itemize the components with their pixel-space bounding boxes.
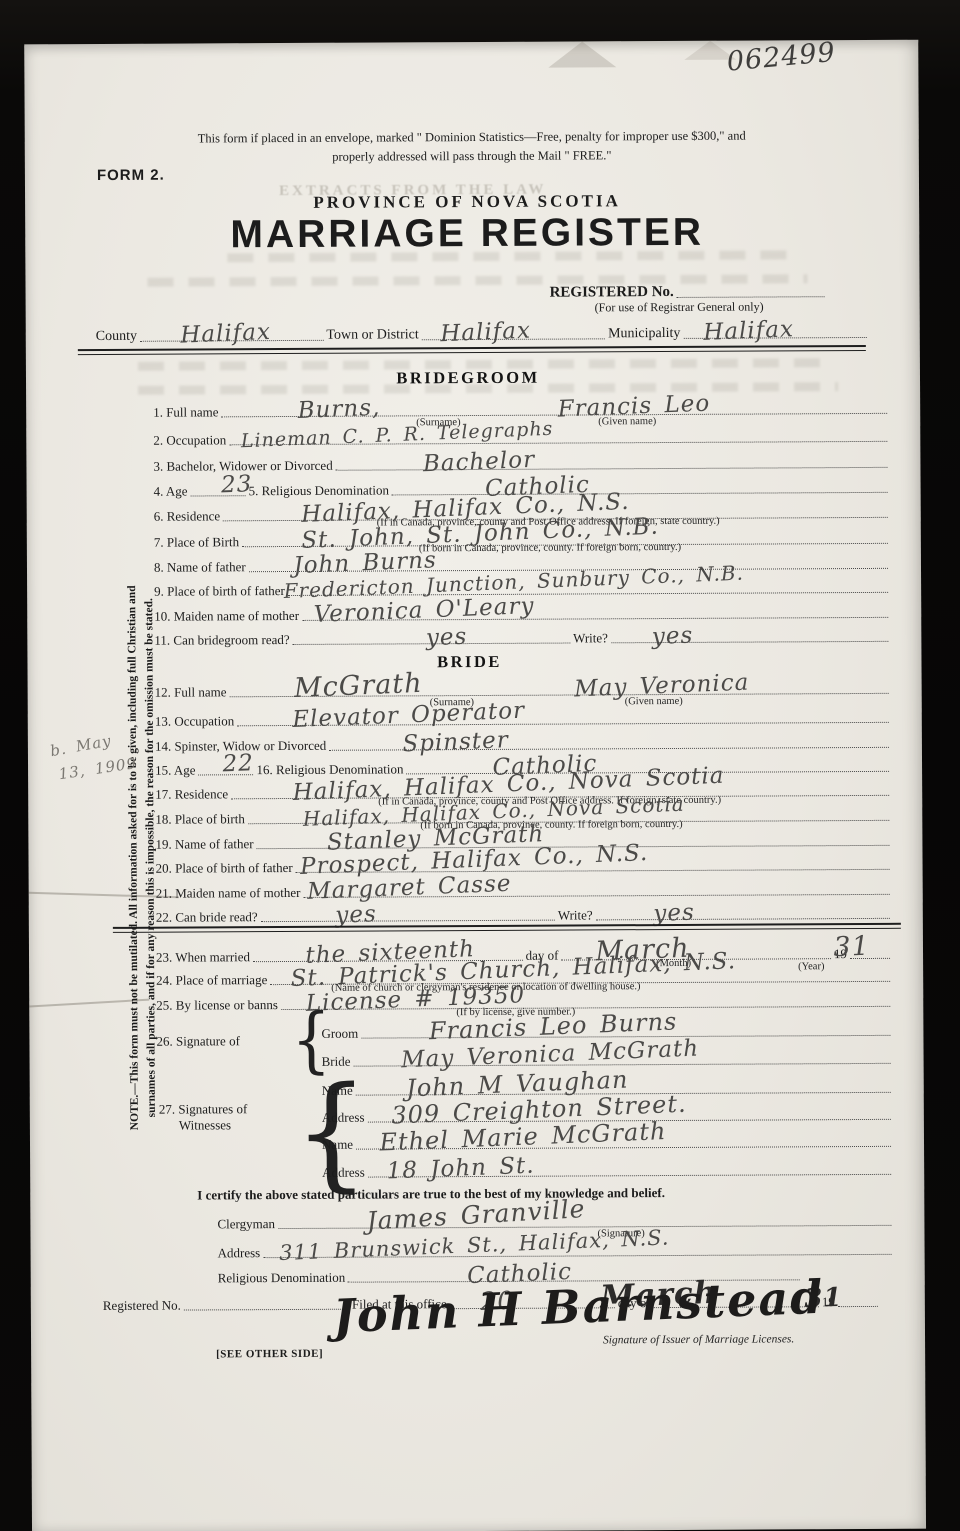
envelope-note: This form if placed in an envelope, mark… bbox=[127, 126, 817, 168]
write-label: Write? bbox=[573, 630, 608, 647]
municipality-label: Municipality bbox=[608, 326, 680, 343]
town-label: Town or District bbox=[326, 327, 418, 344]
witnesses-label: 27. Signatures of Witnesses bbox=[159, 1101, 248, 1133]
br-surname-value: McGrath bbox=[293, 668, 423, 704]
groom-label: Groom bbox=[321, 1026, 358, 1043]
field-label: 8. Name of father bbox=[154, 559, 246, 576]
dotted-line bbox=[838, 1296, 878, 1307]
address-label: Address bbox=[322, 1110, 365, 1127]
field-br-father-birthplace: 20. Place of birth of father Prospect, H… bbox=[155, 850, 892, 878]
field-label: 1. Full name bbox=[153, 404, 218, 421]
witnesses-label-line2: Witnesses bbox=[179, 1117, 231, 1132]
bg-status-value: Bachelor bbox=[422, 447, 535, 477]
scanned-marriage-register: { "scan": { "handwritten_code": "062499"… bbox=[0, 0, 960, 1531]
dotted-line bbox=[392, 482, 888, 496]
field-bg-can-read-write: 11. Can bridegroom read? Write? yes yes bbox=[154, 622, 891, 650]
form-number-label: FORM 2. bbox=[97, 167, 165, 184]
dotted-line bbox=[261, 910, 555, 923]
field-label: 17. Residence bbox=[155, 786, 228, 803]
page-title: MARRIAGE REGISTER bbox=[167, 210, 767, 257]
field-label: 9. Place of birth of father bbox=[154, 583, 285, 601]
field-label: 4. Age bbox=[154, 484, 188, 501]
field-label: 2. Occupation bbox=[153, 432, 226, 449]
field-br-occupation: 13. Occupation Elevator Operator bbox=[155, 703, 892, 731]
see-other-side-note: [SEE OTHER SIDE] bbox=[216, 1348, 323, 1361]
issuer-signature-hint: Signature of Issuer of Marriage Licenses… bbox=[603, 1333, 794, 1346]
fold-crease-mark bbox=[548, 41, 616, 67]
field-clergyman-address: Address 311 Brunswick St., Halifax, N.S. bbox=[218, 1235, 895, 1263]
field-label: 24. Place of marriage bbox=[156, 972, 267, 990]
field-label: 5. Religious Denomination bbox=[249, 482, 390, 500]
bg-surname-value: Burns, bbox=[297, 395, 381, 424]
br-age-value: 22 bbox=[222, 750, 254, 777]
address-label: Address bbox=[218, 1245, 261, 1262]
field-label: 12. Full name bbox=[155, 684, 227, 701]
dotted-line bbox=[596, 908, 890, 921]
write-label: Write? bbox=[558, 907, 593, 924]
registrar-only-note: (For use of Registrar General only) bbox=[595, 300, 764, 316]
signature-of-label: 26. Signature of bbox=[156, 1033, 239, 1049]
field-label: 6. Residence bbox=[154, 508, 221, 525]
county-row: County Town or District Municipality Hal… bbox=[96, 318, 870, 346]
bride-section-title: BRIDE bbox=[169, 650, 769, 673]
dotted-line bbox=[677, 286, 825, 298]
field-label: 18. Place of birth bbox=[155, 811, 245, 828]
field-label: 10. Maiden name of mother bbox=[154, 608, 299, 626]
field-witness2-address: Address 18 John St. bbox=[322, 1155, 894, 1182]
margin-note-line2: surnames of all parties, and if for any … bbox=[143, 598, 158, 1117]
county-label: County bbox=[96, 329, 137, 346]
when-year-value: 31 bbox=[833, 931, 871, 963]
field-label: 23. When married bbox=[156, 949, 250, 966]
name-label: Name bbox=[322, 1137, 353, 1154]
field-label: 21. Maiden name of mother bbox=[156, 885, 301, 903]
field-bg-occupation: 2. Occupation Lineman C. P. R. Telegraph… bbox=[153, 422, 890, 450]
bg-write-value: yes bbox=[651, 622, 693, 650]
field-label: 22. Can bride read? bbox=[156, 909, 258, 927]
field-witness2-name: Name Ethel Marie McGrath bbox=[322, 1127, 894, 1154]
registered-no-label: Registered No. bbox=[103, 1298, 181, 1315]
field-label: 7. Place of Birth bbox=[154, 534, 239, 551]
municipality-value: Halifax bbox=[703, 316, 795, 346]
field-label: 11. Can bridegroom read? bbox=[154, 632, 289, 650]
certify-statement: I certify the above stated particulars a… bbox=[197, 1185, 665, 1203]
bg-age-value: 23 bbox=[221, 471, 253, 498]
clergyman-label: Clergyman bbox=[217, 1216, 275, 1233]
religious-denomination-label: Religious Denomination bbox=[218, 1270, 346, 1288]
dotted-line bbox=[184, 1299, 349, 1311]
document-sheet: EXTRACTS FROM THE LAW 062499 This form i… bbox=[0, 0, 960, 1531]
br-status-value: Spinster bbox=[402, 727, 509, 757]
dotted-line bbox=[336, 457, 888, 471]
name-label: Name bbox=[322, 1083, 353, 1100]
margin-note-vertical: NOTE.—This form must not be mutilated. A… bbox=[124, 533, 163, 1183]
registered-no-row: REGISTERED No. bbox=[549, 277, 827, 302]
margin-note-line1: NOTE.—This form must not be mutilated. A… bbox=[126, 585, 141, 1130]
envelope-note-line1: This form if placed in an envelope, mark… bbox=[198, 129, 746, 146]
field-bg-status: 3. Bachelor, Widower or Divorced Bachelo… bbox=[153, 448, 890, 476]
bridegroom-section-title: BRIDEGROOM bbox=[168, 366, 768, 389]
field-label: 20. Place of birth of father bbox=[156, 860, 293, 878]
county-value: Halifax bbox=[180, 319, 272, 349]
bg-read-value: yes bbox=[425, 624, 467, 652]
envelope-note-line2: properly addressed will pass through the… bbox=[332, 149, 611, 164]
witnesses-label-line1: 27. Signatures of bbox=[159, 1101, 248, 1116]
town-value: Halifax bbox=[440, 318, 532, 348]
field-label: 13. Occupation bbox=[155, 713, 235, 730]
field-bg-full-name: 1. Full name Burns, Francis Leo bbox=[153, 394, 890, 422]
field-label: 25. By license or banns bbox=[156, 997, 278, 1015]
witness2-address-value: 18 John St. bbox=[386, 1153, 535, 1185]
field-label: 19. Name of father bbox=[155, 836, 253, 854]
address-label: Address bbox=[322, 1165, 365, 1182]
